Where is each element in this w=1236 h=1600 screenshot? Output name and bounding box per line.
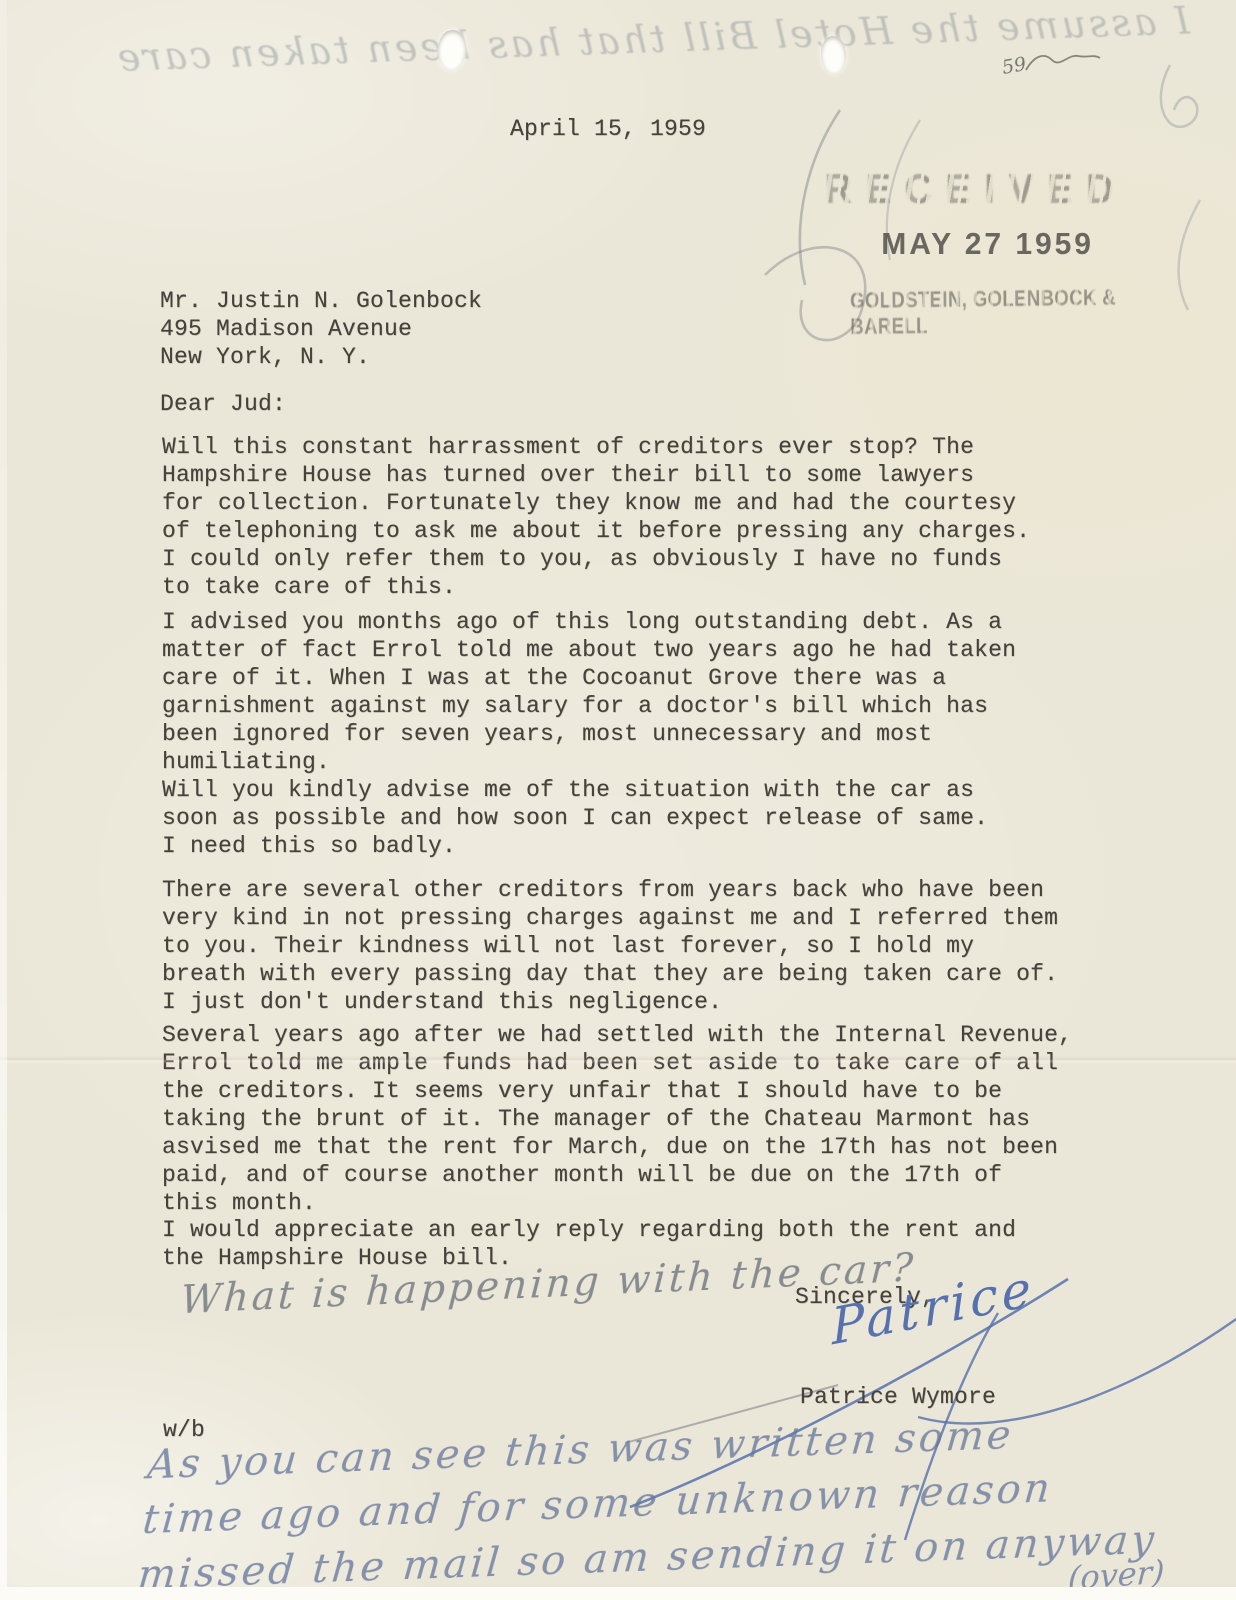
- received-stamp: RECEIVED: [825, 165, 1127, 213]
- recipient-address: Mr. Justin N. Golenbock 495 Madison Aven…: [160, 287, 482, 371]
- paragraph-4: There are several other creditors from y…: [162, 876, 1058, 1016]
- paragraph-3: Will you kindly advise me of the situati…: [162, 776, 988, 860]
- paper-crease: [0, 1056, 1236, 1064]
- paragraph-1: Will this constant harrassment of credit…: [162, 433, 1030, 601]
- punch-hole-right: [821, 36, 846, 73]
- bleed-through-fragment: [1140, 60, 1230, 320]
- letter-date: April 15, 1959: [510, 115, 706, 143]
- handwritten-bottom-note: As you can see this was written some tim…: [136, 1402, 1169, 1600]
- paragraph-2: I advised you months ago of this long ou…: [162, 608, 1016, 776]
- firm-name-stamp: GOLDSTEIN, GOLENBOCK & BARELL: [850, 284, 1175, 340]
- letter-scan: I assume the Hotel Bill that has been ta…: [0, 0, 1236, 1600]
- paragraph-5: Several years ago after we had settled w…: [162, 1021, 1072, 1217]
- typed-signer-name: Patrice Wymore: [800, 1383, 996, 1411]
- pencil-scribble-word: [1022, 46, 1102, 80]
- received-date-stamp: MAY 27 1959: [881, 226, 1094, 262]
- salutation: Dear Jud:: [160, 390, 286, 418]
- scan-edge-left: [0, 0, 7, 1600]
- scan-edge-bottom: [0, 1587, 1236, 1600]
